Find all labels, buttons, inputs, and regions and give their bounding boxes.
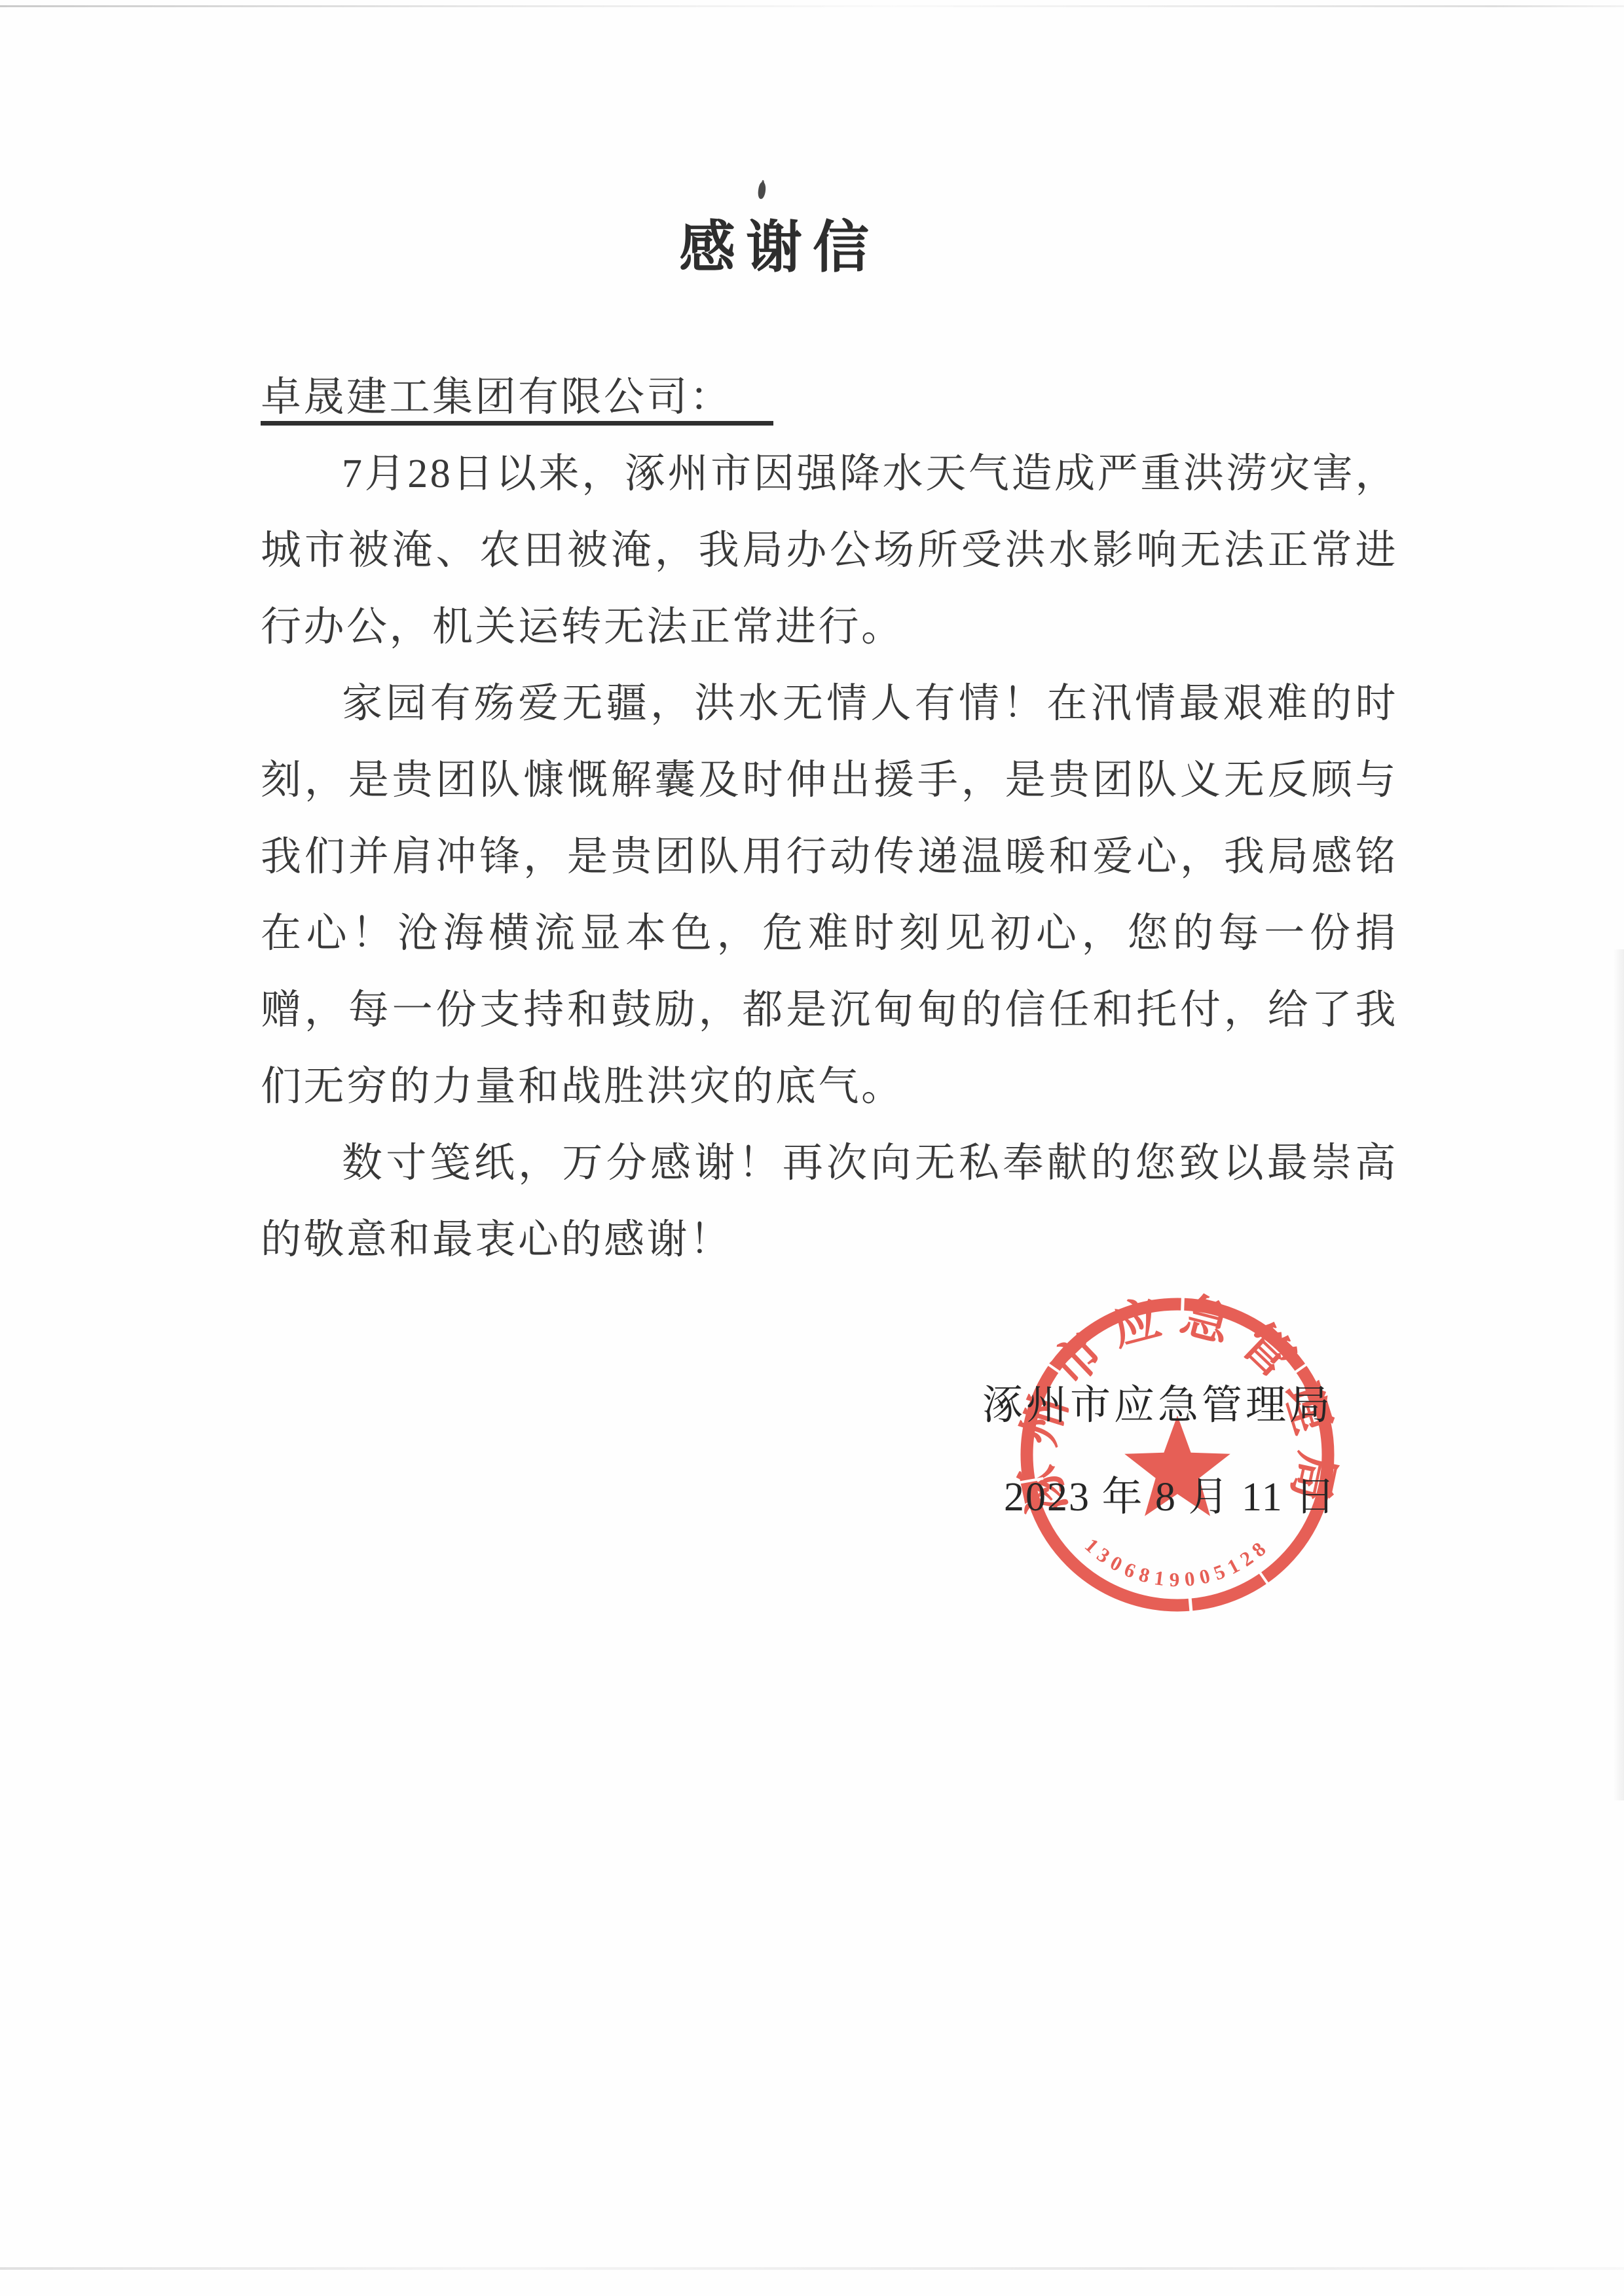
scan-artifact-top-line: [0, 5, 1624, 7]
ink-speck: [757, 181, 767, 199]
letter-body: 卓晟建工集团有限公司： 7月28日以来，涿州市因强降水天气造成严重洪涝灾害，城市…: [261, 359, 1398, 1279]
scan-artifact-bottom-line: [0, 2267, 1624, 2270]
scan-artifact-right-smudge: [1614, 949, 1624, 1800]
paragraph-2: 家园有殇爱无疆，洪水无情人有情！在汛情最艰难的时刻，是贵团队慷慨解囊及时伸出援手…: [261, 666, 1398, 1125]
paragraph-3: 数寸笺纸，万分感谢！再次向无私奉献的您致以最崇高的敬意和最衷心的感谢！: [261, 1125, 1398, 1279]
letter-page: 感谢信 卓晟建工集团有限公司： 7月28日以来，涿州市因强降水天气造成严重洪涝灾…: [0, 0, 1624, 2296]
page-title: 感谢信: [679, 202, 879, 283]
signature-organization: 涿州市应急管理局: [982, 1372, 1333, 1430]
recipient-name: 卓晟建工集团有限公司：: [261, 375, 773, 426]
signature-date: 2023 年 8 月 11 日: [1004, 1464, 1337, 1522]
official-seal: 涿州市应急管理局 1306819005128: [1014, 1291, 1341, 1618]
paragraph-1: 7月28日以来，涿州市因强降水天气造成严重洪涝灾害，城市被淹、农田被淹，我局办公…: [261, 436, 1398, 666]
recipient-line: 卓晟建工集团有限公司：: [261, 359, 1398, 436]
